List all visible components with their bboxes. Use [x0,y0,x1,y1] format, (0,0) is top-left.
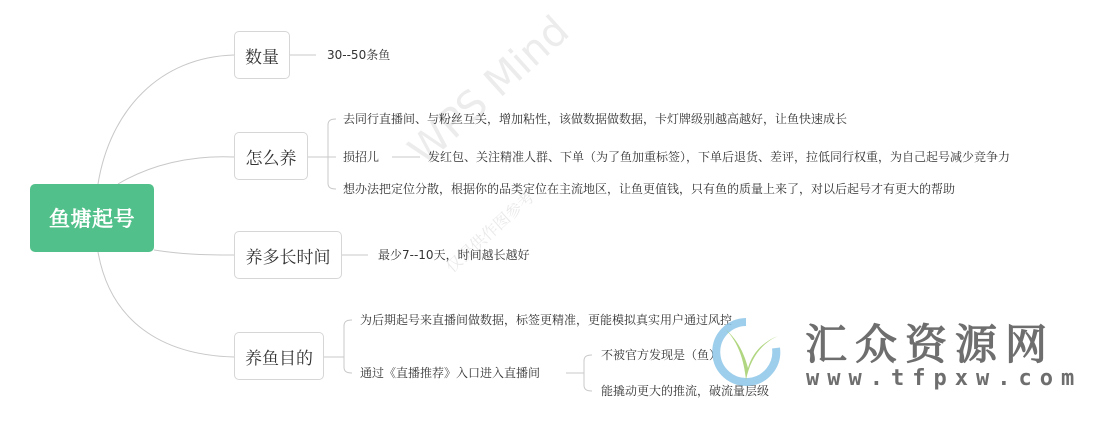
branch-node-how-to-raise[interactable]: 怎么养 [234,132,308,180]
root-node-label: 鱼塘起号 [49,203,135,233]
branch-label: 数量 [245,43,279,68]
leaf-node[interactable]: 为后期起号来直播间做数据，标签更精准，更能模拟真实用户通过风控 [360,312,732,328]
leaf-node[interactable]: 不被官方发现是（鱼） [601,347,721,363]
leaf-node[interactable]: 损招儿 [343,149,379,165]
site-logo-icon [706,312,786,392]
branch-label: 养鱼目的 [245,344,313,369]
branch-label: 怎么养 [246,144,297,169]
site-title-watermark: 汇众资源网 [805,312,1055,372]
root-node[interactable]: 鱼塘起号 [30,184,154,252]
leaf-node[interactable]: 去同行直播间、与粉丝互关，增加粘性，该做数据做数据，卡灯牌级别越高越好，让鱼快速… [343,111,847,127]
site-url-watermark: www.tfpxw.com [806,366,1082,391]
leaf-node[interactable]: 发红包、关注精准人群、下单（为了鱼加重标签），下单后退货、差评，拉低同行权重，为… [428,149,1010,165]
leaf-node[interactable]: 最少7--10天，时间越长越好 [378,247,530,263]
leaf-node[interactable]: 通过《直播推荐》入口进入直播间 [360,365,540,381]
branch-node-purpose[interactable]: 养鱼目的 [234,332,324,380]
branch-label: 养多长时间 [246,243,331,268]
leaf-node[interactable]: 想办法把定位分散，根据你的品类定位在主流地区，让鱼更值钱，只有鱼的质量上来了，对… [343,181,955,197]
branch-node-duration[interactable]: 养多长时间 [234,231,342,279]
leaf-node[interactable]: 30--50条鱼 [327,47,390,63]
branch-node-quantity[interactable]: 数量 [234,31,290,79]
